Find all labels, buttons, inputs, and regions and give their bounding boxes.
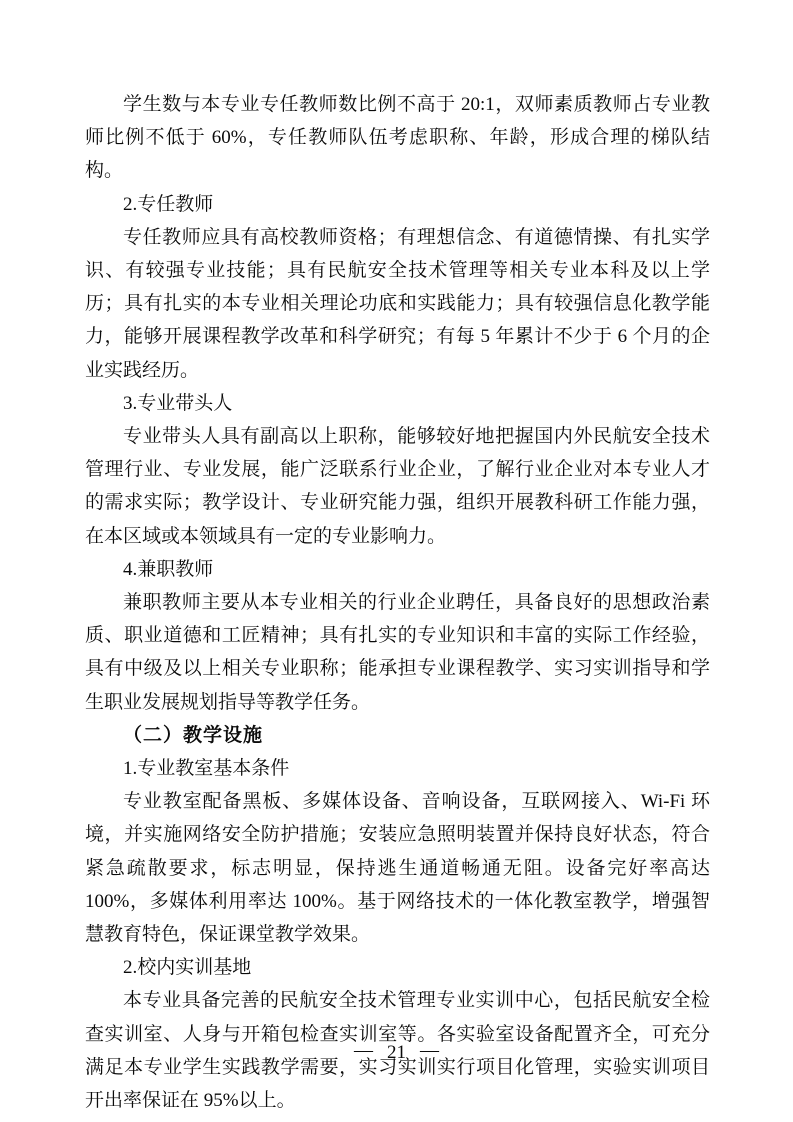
body-paragraph: 专任教师应具有高校教师资格；有理想信念、有道德情操、有扎实学识、有较强专业技能；… bbox=[85, 221, 710, 387]
body-paragraph: 兼职教师主要从本专业相关的行业企业聘任，具备良好的思想政治素质、职业道德和工匠精… bbox=[85, 586, 710, 719]
footer-dash-left: — bbox=[354, 1034, 373, 1067]
page-footer: —21— bbox=[0, 1036, 793, 1069]
body-paragraph: 专业教室配备黑板、多媒体设备、音响设备，互联网接入、Wi-Fi 环境，并实施网络… bbox=[85, 785, 710, 951]
numbered-subheading: 3.专业带头人 bbox=[85, 387, 710, 420]
section-heading: （二）教学设施 bbox=[85, 719, 710, 752]
page-number: 21 bbox=[387, 1042, 406, 1063]
body-paragraph: 专业带头人具有副高以上职称，能够较好地把握国内外民航安全技术管理行业、专业发展，… bbox=[85, 420, 710, 553]
numbered-subheading: 2.校内实训基地 bbox=[85, 951, 710, 984]
document-page: 学生数与本专业专任教师数比例不高于 20:1，双师素质教师占专业教师比例不低于 … bbox=[0, 0, 793, 1122]
numbered-subheading: 2.专任教师 bbox=[85, 188, 710, 221]
body-paragraph: 学生数与本专业专任教师数比例不高于 20:1，双师素质教师占专业教师比例不低于 … bbox=[85, 88, 710, 188]
numbered-subheading: 4.兼职教师 bbox=[85, 553, 710, 586]
footer-dash-right: — bbox=[420, 1034, 439, 1067]
numbered-subheading: 1.专业教室基本条件 bbox=[85, 752, 710, 785]
